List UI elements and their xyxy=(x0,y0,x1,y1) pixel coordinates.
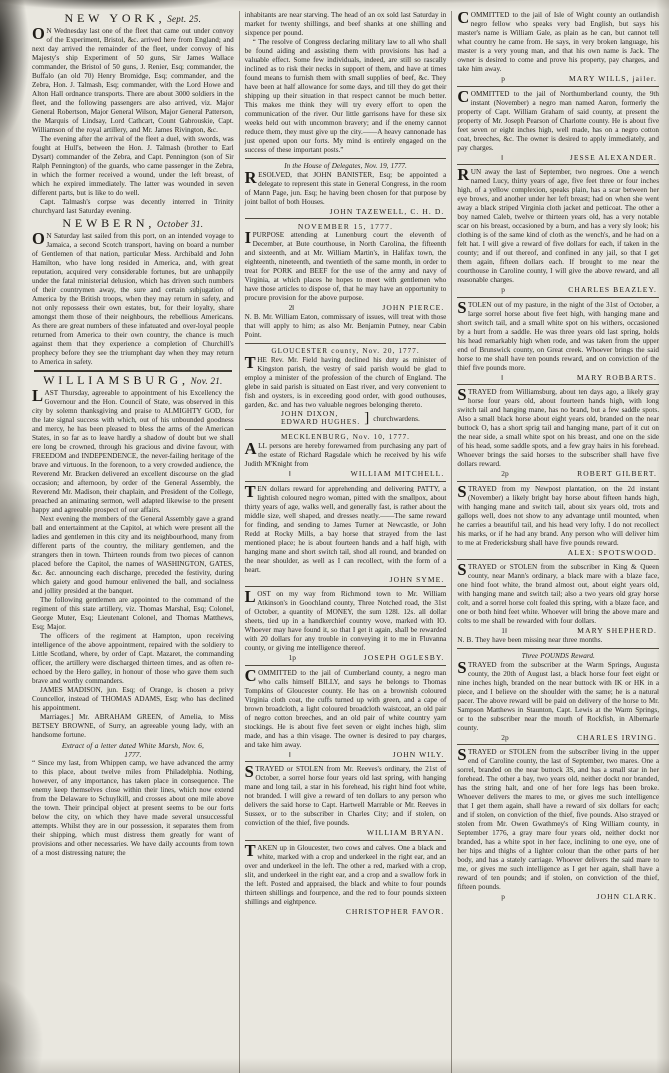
signature-line: ‖WILLIAM MITCHELL. xyxy=(245,469,445,478)
dateline-heading: WILLIAMSBURG, Nov. 21. xyxy=(32,376,234,387)
article-divider xyxy=(245,158,447,159)
signature-line: 1pJOSEPH OGLESBY. xyxy=(245,653,445,662)
article-paragraph: The officers of the regiment at Hampton,… xyxy=(32,632,234,686)
article-paragraph: Extract of a letter dated White Marsh, N… xyxy=(32,741,234,759)
drop-cap: A xyxy=(245,442,258,457)
signature-name: WILLIAM BRYAN. xyxy=(367,828,444,837)
article-divider xyxy=(245,218,447,219)
article-paragraph: In the House of Delegates, Nov. 19, 1777… xyxy=(245,162,447,171)
drop-cap: T xyxy=(245,356,258,371)
article-divider xyxy=(245,761,447,762)
drop-cap: S xyxy=(457,563,468,578)
drop-cap: S xyxy=(457,301,468,316)
article-paragraph: RUN away the last of September, two negr… xyxy=(457,168,659,285)
signature-name: JOSEPH OGLESBY. xyxy=(364,653,445,662)
signature-name: MARY SHEPHERD. xyxy=(577,626,657,635)
article-paragraph: LAST Thursday, agreeable to appointment … xyxy=(32,389,234,515)
print-tally-mark: 2p xyxy=(501,733,508,742)
drop-cap: S xyxy=(457,748,468,763)
article-divider xyxy=(245,665,447,666)
newspaper-page: NEW YORK, Sept. 25.ON Wednesday last one… xyxy=(0,0,669,1073)
signature-name: CHARLES BEAZLEY. xyxy=(568,285,657,294)
article-paragraph: STRAYED from the subscriber at the Warm … xyxy=(457,661,659,733)
article-paragraph: COMMITTED to the jail of Cumberland coun… xyxy=(245,669,447,750)
column-middle: inhabitants are near starving. The head … xyxy=(239,11,452,1073)
article-paragraph: NOVEMBER 15, 1777. xyxy=(245,222,447,231)
signature-line: ‖MARY ROBBARTS. xyxy=(457,373,657,382)
signature-line: JOHN SYME. xyxy=(245,575,445,584)
article-divider xyxy=(457,744,659,745)
article-divider xyxy=(457,86,659,87)
heading-part: NEWBERN, xyxy=(62,216,155,230)
signature-name: CHARLES IRVING. xyxy=(577,733,657,742)
drop-cap: R xyxy=(245,171,258,186)
signature-name: CHRISTOPHER FAVOR. xyxy=(346,907,445,916)
article-paragraph: inhabitants are near starving. The head … xyxy=(245,11,447,38)
print-tally-mark: p xyxy=(501,892,505,901)
article-paragraph: STRAYED from Williamsburg, about ten day… xyxy=(457,388,659,469)
signature-name: ALEX: SPOTSWOOD. xyxy=(568,548,657,557)
drop-cap: O xyxy=(32,27,46,42)
drop-cap: S xyxy=(457,661,468,676)
print-tally-mark: 2p xyxy=(501,469,508,478)
article-paragraph: STRAYED or STOLEN from the subscriber li… xyxy=(457,748,659,892)
drop-cap: L xyxy=(32,389,45,404)
article-paragraph: Next evening the members of the General … xyxy=(32,515,234,596)
article-divider xyxy=(457,384,659,385)
drop-cap: T xyxy=(245,485,258,500)
article-paragraph: The following gentlemen are appointed to… xyxy=(32,596,234,632)
print-tally-mark: p xyxy=(501,74,505,83)
article-divider xyxy=(245,343,447,344)
article-divider xyxy=(457,559,659,560)
signature-line: WILLIAM BRYAN. xyxy=(245,828,445,837)
signature-line: ‖JOHN WILY. xyxy=(245,750,445,759)
heading-part: Sept. 25. xyxy=(167,14,201,24)
print-tally-mark: ‖ xyxy=(289,750,291,759)
signature-name: MARY WILLS, jailer. xyxy=(569,74,657,83)
signature-line: ALEX: SPOTSWOOD. xyxy=(457,548,657,557)
brace-glyph: ] xyxy=(364,411,369,425)
signature-name: JESSE ALEXANDER. xyxy=(570,153,657,162)
drop-cap: C xyxy=(457,11,470,26)
drop-cap: S xyxy=(245,765,256,780)
print-tally-mark: 1‖ xyxy=(501,626,507,635)
article-paragraph: “ The resolve of Congress declaring mili… xyxy=(245,38,447,155)
signature-name: JOHN SYME. xyxy=(390,575,445,584)
signature-name: JOHN TAZEWELL, C. H. D. xyxy=(330,207,445,216)
article-paragraph: RESOLVED, that JOHN BANISTER, Esq; be ap… xyxy=(245,171,447,207)
signature-line: pCHARLES BEAZLEY. xyxy=(457,285,657,294)
print-tally-mark: 2‖ xyxy=(289,303,295,312)
article-paragraph: ON Saturday last sailed from this port, … xyxy=(32,232,234,367)
signature-name: WILLIAM MITCHELL. xyxy=(351,469,445,478)
signature-line: 1‖MARY SHEPHERD. xyxy=(457,626,657,635)
dateline-heading: NEWBERN, October 31. xyxy=(32,219,234,230)
drop-cap: S xyxy=(457,388,468,403)
column-right: COMMITTED to the jail of Isle of Wight c… xyxy=(451,11,664,1073)
drop-cap: O xyxy=(32,232,46,247)
article-paragraph: COMMITTED to the jail of Isle of Wight c… xyxy=(457,11,659,74)
article-paragraph: I PURPOSE attending at Lunenburg court t… xyxy=(245,231,447,303)
heading-part: October 31. xyxy=(157,219,203,229)
article-divider xyxy=(457,164,659,165)
article-paragraph: Three POUNDS Reward. xyxy=(457,652,659,661)
signature-names: JOHN DIXON,EDWARD HUGHES. xyxy=(281,410,360,427)
article-paragraph: STOLEN out of my pasture, in the night o… xyxy=(457,301,659,373)
heading-part: WILLIAMSBURG, xyxy=(43,373,189,387)
article-paragraph: TEN dollars reward for apprehending and … xyxy=(245,485,447,575)
print-tally-mark: 1p xyxy=(289,653,296,662)
column-left: NEW YORK, Sept. 25.ON Wednesday last one… xyxy=(27,11,239,1073)
article-paragraph: JAMES MADISON, jun. Esq; of Orange, is c… xyxy=(32,686,234,713)
article-paragraph: STRAYED or STOLEN from Mr. Reeves's ordi… xyxy=(245,765,447,828)
signature-name: JOHN CLARK. xyxy=(597,892,657,901)
signature-line: pJOHN CLARK. xyxy=(457,892,657,901)
signature-line: JOHN TAZEWELL, C. H. D. xyxy=(245,207,445,216)
signature-line: ‖JESSE ALEXANDER. xyxy=(457,153,657,162)
article-divider xyxy=(457,648,659,649)
article-paragraph: Marriages.] Mr. ABRAHAM GREEN, of Amelia… xyxy=(32,713,234,740)
heading-part: NEW YORK, xyxy=(65,11,166,25)
article-paragraph: ON Wednesday last one of the fleet that … xyxy=(32,27,234,135)
article-paragraph: COMMITTED to the jail of Northumberland … xyxy=(457,90,659,153)
article-divider xyxy=(457,481,659,482)
heading-part: Nov. 21. xyxy=(191,376,223,386)
signature-line: pMARY WILLS, jailer. xyxy=(457,74,657,83)
signature-name: ROBERT GILBERT. xyxy=(577,469,657,478)
dateline-heading: NEW YORK, Sept. 25. xyxy=(32,14,234,25)
article-paragraph: The evening after the arrival of the fle… xyxy=(32,135,234,198)
drop-cap: I xyxy=(245,231,253,246)
drop-cap: S xyxy=(457,485,468,500)
article-divider xyxy=(457,297,659,298)
article-paragraph: N. B. They have been missing near three … xyxy=(457,636,659,645)
article-divider xyxy=(245,481,447,482)
newspaper-sheet: NEW YORK, Sept. 25.ON Wednesday last one… xyxy=(0,0,669,1073)
drop-cap: C xyxy=(245,669,258,684)
article-paragraph: LOST on my way from Richmond town to Mr.… xyxy=(245,590,447,653)
drop-cap: L xyxy=(245,590,258,605)
print-tally-mark: ‖ xyxy=(501,373,503,382)
article-divider xyxy=(245,429,447,430)
churchwardens-signature: JOHN DIXON,EDWARD HUGHES.]churchwardens. xyxy=(281,410,446,427)
article-paragraph: Capt. Talmash's corpse was decently inte… xyxy=(32,198,234,216)
signature-line: 2‖JOHN PIERCE. xyxy=(245,303,445,312)
article-paragraph: N. B. Mr. William Eaton, commissary of i… xyxy=(245,313,447,340)
print-tally-mark: ‖ xyxy=(289,469,291,478)
signature-line: 2pCHARLES IRVING. xyxy=(457,733,657,742)
article-paragraph: GLOUCESTER county, Nov. 20, 1777. xyxy=(245,347,447,356)
signature-name: MARY ROBBARTS. xyxy=(577,373,657,382)
article-divider xyxy=(245,586,447,587)
drop-cap: T xyxy=(245,844,258,859)
signature-line: CHRISTOPHER FAVOR. xyxy=(245,907,445,916)
article-paragraph: STRAYED or STOLEN from the subscriber in… xyxy=(457,563,659,626)
signature-name: EDWARD HUGHES. xyxy=(281,418,360,427)
signature-name: JOHN WILY. xyxy=(393,750,445,759)
article-paragraph: STRAYED from my Newpost plantation, on t… xyxy=(457,485,659,548)
drop-cap: C xyxy=(457,90,470,105)
signature-name: JOHN PIERCE. xyxy=(382,303,444,312)
article-paragraph: MECKLENBURG, Nov. 10, 1777. xyxy=(245,433,447,442)
signature-line: 2pROBERT GILBERT. xyxy=(457,469,657,478)
article-paragraph: ALL persons are hereby forewarned from p… xyxy=(245,442,447,469)
article-divider xyxy=(245,840,447,841)
print-tally-mark: ‖ xyxy=(501,153,503,162)
article-paragraph: TAKEN up in Gloucester, two cows and cal… xyxy=(245,844,447,907)
print-tally-mark: p xyxy=(501,285,505,294)
article-paragraph: “ Since my last, from Whippen camp, we h… xyxy=(32,759,234,858)
article-paragraph: THE Rev. Mr. Field having declined his d… xyxy=(245,356,447,410)
signature-role: churchwardens. xyxy=(373,414,420,423)
drop-cap: R xyxy=(457,168,470,183)
